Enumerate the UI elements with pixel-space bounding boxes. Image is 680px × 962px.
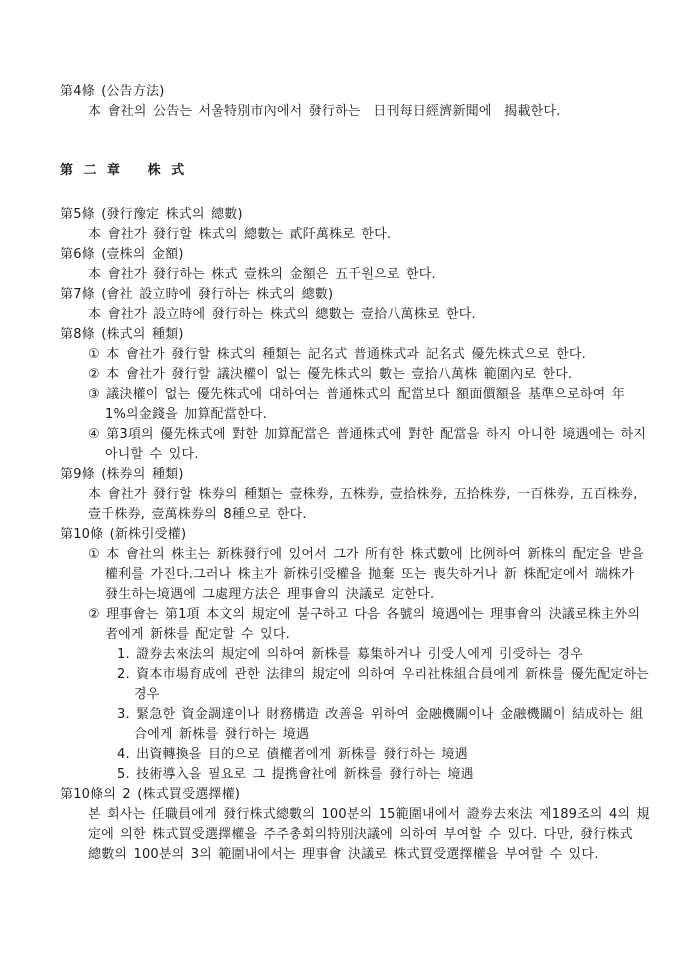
document-line: ① 本 會社가 發行할 株式의 種類는 記名式 普通株式과 記名式 優先株式으로…: [0, 345, 680, 365]
document-line: 本 會社가 發行하는 株式 壹株의 金額은 五千원으로 한다.: [0, 265, 680, 285]
document-page: 第4條 (公告方法)本 會社의 公告는 서울特別市內에서 發行하는 日刊每日經濟…: [0, 0, 680, 962]
document-line: 第4條 (公告方法): [0, 82, 680, 102]
document-line: 總數의 100분의 3의 範圍내에서는 理事會 決議로 株式買受選擇權을 부여할…: [0, 845, 680, 865]
document-line: 第 二 章 株 式: [0, 161, 680, 181]
document-line: 第7條 (會社 設立時에 發行하는 株式의 總數): [0, 285, 680, 305]
document-line: 5. 技術導入을 필요로 그 提携會社에 新株를 發行하는 境遇: [0, 765, 680, 785]
document-line: 合에게 新株를 發行하는 境遇: [0, 725, 680, 745]
document-line: 第9條 (株券의 種類): [0, 465, 680, 485]
document-line: 1. 證券去來法의 規定에 의하여 新株를 募集하거나 引受人에게 引受하는 경…: [0, 645, 680, 665]
document-line: 者에게 新株를 配定할 수 있다.: [0, 625, 680, 645]
document-line: 第10條의 2 (株式買受選擇權): [0, 785, 680, 805]
document-line: 本 會社가 發行할 株券의 種類는 壹株券, 五株券, 壹拾株券, 五拾株券, …: [0, 485, 680, 505]
document-line: 權利를 가진다.그러나 株主가 新株引受權을 抛棄 또는 喪失하거나 新 株配定…: [0, 565, 680, 585]
blank-gap: [0, 122, 680, 161]
document-line: ② 理事會는 第1項 本文의 規定에 불구하고 다음 各號의 境遇에는 理事會의…: [0, 605, 680, 625]
document-line: 第5條 (發行豫定 株式의 總數): [0, 205, 680, 225]
document-line: 本 會社가 發行할 株式의 總數는 貳阡萬株로 한다.: [0, 225, 680, 245]
document-line: 경우: [0, 685, 680, 705]
document-line: ① 本 會社의 株主는 新株發行에 있어서 그가 所有한 株式數에 比例하여 新…: [0, 545, 680, 565]
document-line: 第10條 (新株引受權): [0, 525, 680, 545]
document-line: 定에 의한 株式買受選擇權을 주주총회의特別決議에 의하여 부여할 수 있다. …: [0, 825, 680, 845]
blank-gap: [0, 181, 680, 205]
document-line: 3. 緊急한 資金調達이나 財務構造 改善을 위하여 金融機關이나 金融機關이 …: [0, 705, 680, 725]
document-line: 本 會社가 設立時에 發行하는 株式의 總數는 壹拾八萬株로 한다.: [0, 305, 680, 325]
document-line: 본 회사는 任職員에게 發行株式總數의 100분의 15範圍내에서 證券去來法 …: [0, 805, 680, 825]
document-line: 壹千株券, 壹萬株券의 8種으로 한다.: [0, 505, 680, 525]
document-line: 第8條 (株式의 種類): [0, 325, 680, 345]
document-content: 第4條 (公告方法)本 會社의 公告는 서울特別市內에서 發行하는 日刊每日經濟…: [0, 82, 680, 865]
document-line: 1%의金錢을 加算配當한다.: [0, 405, 680, 425]
document-line: 第6條 (壹株의 金額): [0, 245, 680, 265]
document-line: 2. 資本市場育成에 관한 法律의 規定에 의하여 우리社株組合員에게 新株를 …: [0, 665, 680, 685]
document-line: 아니할 수 있다.: [0, 445, 680, 465]
document-line: ② 本 會社가 發行할 議決權이 없는 優先株式의 數는 壹拾八萬株 範圍內로 …: [0, 365, 680, 385]
document-line: ④ 第3項의 優先株式에 對한 加算配當은 普通株式에 對한 配當을 하지 아니…: [0, 425, 680, 445]
document-line: 4. 出資轉換을 目的으로 債權者에게 新株를 發行하는 境遇: [0, 745, 680, 765]
document-line: 本 會社의 公告는 서울特別市內에서 發行하는 日刊每日經濟新聞에 揭載한다.: [0, 102, 680, 122]
document-line: 發生하는境遇에 그處理方法은 理事會의 決議로 定한다.: [0, 585, 680, 605]
document-line: ③ 議決權이 없는 優先株式에 대하여는 普通株式의 配當보다 額面價額을 基準…: [0, 385, 680, 405]
